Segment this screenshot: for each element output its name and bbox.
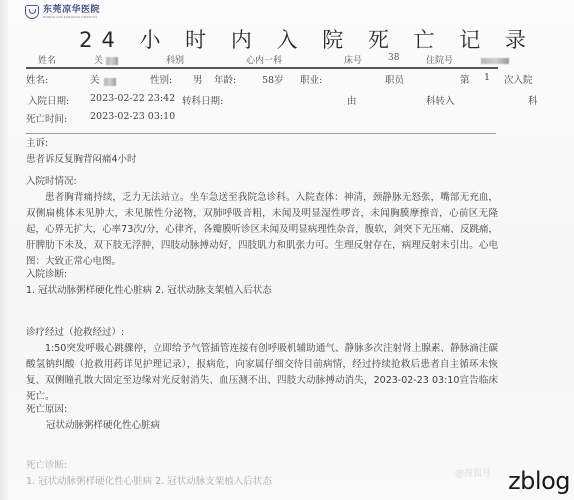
admission-count-suffix: 次入院: [504, 72, 533, 86]
age-label: 年龄:: [214, 72, 236, 86]
transfer-to: 科转入: [426, 93, 455, 107]
death-time-label: 死亡时间:: [26, 111, 67, 125]
death-cause-label: 死亡原因:: [26, 402, 498, 418]
age-value: 58岁: [262, 72, 284, 86]
gender-value: 男: [193, 72, 203, 86]
admission-count-value: 1: [484, 72, 490, 83]
death-time-value: 2023-02-23 03:10: [90, 111, 175, 122]
admission-diagnosis-section: 入院诊断: 1. 冠状动脉粥样硬化性心脏病 2. 冠状动脉支架植入后状态: [26, 267, 498, 299]
admit-date-value: 2023-02-22 23:42: [90, 93, 175, 104]
treatment-label: 诊疗经过（抢救经过）:: [26, 325, 498, 341]
admission-status-section: 入院时情况: 患者胸背痛持续，乏力无法站立。坐车急送至我院急诊科。入院查体：神清…: [26, 174, 498, 270]
hospital-name: 东莞凉华医院: [43, 6, 100, 15]
transfer-dept-suffix: 科: [528, 93, 538, 107]
admit-date-label: 入院日期:: [28, 93, 69, 107]
patient-info-row-1: 姓名: 关 性别: 男 年龄: 58岁 职业: 职员 第 1 次入院: [0, 72, 574, 86]
transfer-date-label: 转科日期:: [182, 93, 223, 107]
death-diagnosis-section: 死亡诊断: 1. 冠状动脉粥样硬化性心脏病 2. 冠状动脉支架植入后状态: [26, 458, 498, 490]
treatment-section: 诊疗经过（抢救经过）: 1:50突发呼吸心跳骤停，立即给予气管插管连接有创呼吸机…: [26, 325, 498, 405]
occupation-label: 职业:: [300, 72, 322, 86]
treatment-text: 1:50突发呼吸心跳骤停，立即给予气管插管连接有创呼吸机辅助通气、静脉多次注射肾…: [26, 341, 498, 405]
transfer-from: 由: [347, 93, 357, 107]
document-title: 24 小 时 内 入 院 死 亡 记 录: [0, 24, 574, 54]
header-bed-value: 38: [388, 53, 399, 63]
medical-record-page: 东莞凉华医院 DONGGUAN KANGHUA HOSPITAL 24 小 时 …: [0, 0, 574, 500]
chief-complaint-section: 主诉: 患者诉反复胸背闷痛4小时: [26, 136, 498, 168]
occupation-value: 职员: [385, 72, 404, 86]
death-cause-text: 冠状动脉粥样硬化性心脏病: [26, 418, 498, 434]
hospital-name-en: DONGGUAN KANGHUA HOSPITAL: [43, 16, 100, 19]
admission-status-label: 入院时情况:: [26, 174, 498, 190]
hospital-logo: 东莞凉华医院 DONGGUAN KANGHUA HOSPITAL: [25, 5, 100, 19]
redacted-name: [106, 57, 118, 65]
admission-diagnosis-text: 1. 冠状动脉粥样硬化性心脏病 2. 冠状动脉支架植入后状态: [26, 283, 498, 299]
header-name-value: 关: [94, 53, 103, 66]
chief-complaint-label: 主诉:: [26, 136, 498, 152]
source-watermark: @搜狐号: [455, 466, 491, 479]
header-dept-label: 科别: [166, 53, 184, 66]
admission-status-text: 患者胸背痛持续，乏力无法站立。坐车急送至我院急诊科。入院查体：神清，颈静脉无怒张…: [26, 190, 498, 270]
shield-icon: [25, 5, 39, 19]
admission-diagnosis-label: 入院诊断:: [26, 267, 498, 283]
redacted-admission-no: [481, 58, 509, 64]
name-value: 关: [90, 72, 100, 86]
brand-watermark: zblog: [508, 467, 570, 495]
patient-info-row-2: 入院日期: 2023-02-22 23:42 转科日期: 由 科转入 科: [0, 93, 574, 107]
chief-complaint-text: 患者诉反复胸背闷痛4小时: [26, 152, 498, 168]
patient-info-row-3: 死亡时间: 2023-02-23 03:10: [0, 111, 574, 125]
header-admission-no-label: 住院号: [426, 53, 453, 66]
header-name-label: 姓名: [38, 53, 56, 66]
name-label: 姓名:: [26, 72, 48, 86]
death-diagnosis-text: 1. 冠状动脉粥样硬化性心脏病 2. 冠状动脉支架植入后状态: [26, 474, 498, 490]
death-cause-section: 死亡原因: 冠状动脉粥样硬化性心脏病: [26, 402, 498, 434]
gender-label: 性别:: [150, 72, 172, 86]
header-bed-label: 床号: [344, 53, 362, 66]
death-diagnosis-label: 死亡诊断:: [26, 458, 498, 474]
section-divider: [26, 133, 496, 134]
hospital-name-block: 东莞凉华医院 DONGGUAN KANGHUA HOSPITAL: [43, 6, 100, 19]
header-dept-value: 心内一科: [246, 53, 282, 66]
admission-count-prefix: 第: [460, 72, 470, 86]
redacted-name: [104, 78, 116, 86]
header-row: 姓名 关 科别 心内一科 床号 38 住院号: [26, 53, 498, 69]
